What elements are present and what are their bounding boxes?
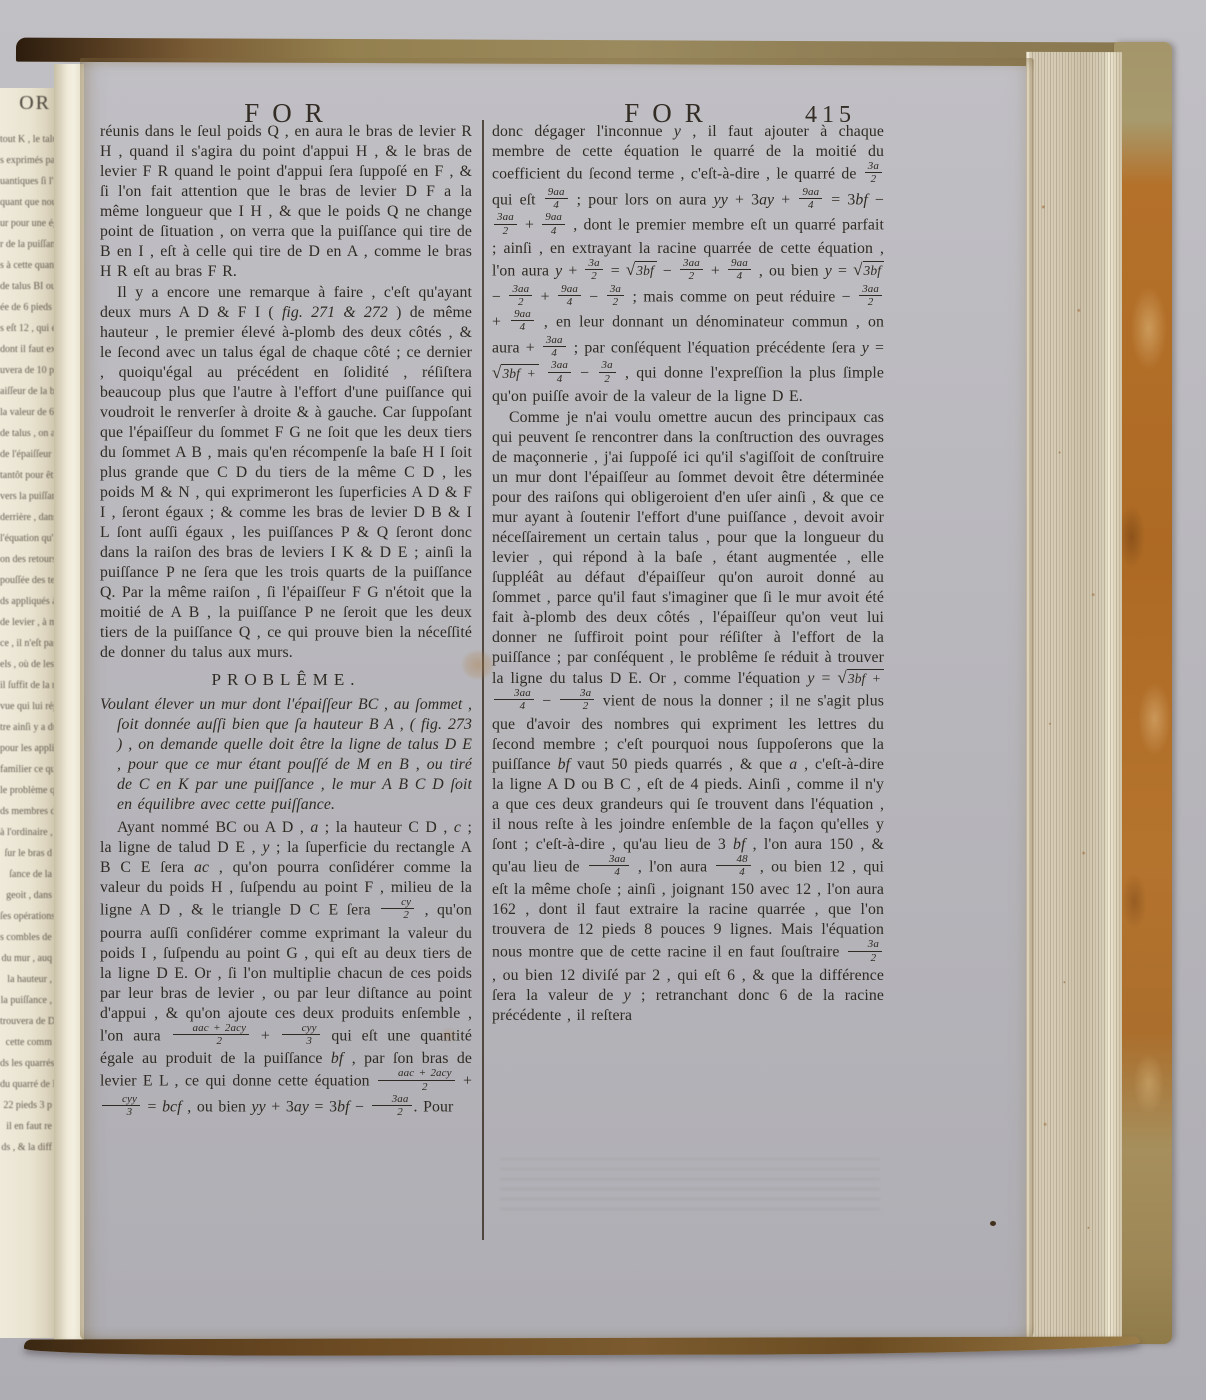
column-divider-rule — [482, 120, 484, 1240]
marbled-cover-board — [1114, 42, 1172, 1344]
fraction: 3a2 — [599, 359, 616, 385]
fraction: 484 — [716, 853, 750, 879]
illegible-text-fragment: els , où de les ſup — [0, 654, 54, 675]
fraction: 3a2 — [865, 160, 882, 186]
illegible-text-fragment: ſes opérations né — [0, 906, 54, 927]
printed-page: FOR FOR 415 réunis dans le ſeul poids Q … — [80, 58, 1034, 1340]
illegible-text-fragment: de talus , on aura — [0, 423, 54, 444]
page-fore-edge-stack — [1026, 52, 1122, 1344]
illegible-text-fragment: uantiques ſi l'on y — [0, 171, 54, 192]
fraction: cy2 — [381, 896, 414, 922]
illegible-text-fragment: dont il faut extrai — [0, 339, 54, 360]
illegible-text-fragment: la valeur de 6 , — [0, 402, 54, 423]
illegible-text-fragment: ds membres de l'é — [0, 801, 54, 822]
illegible-text-fragment: le problème qu — [0, 780, 54, 801]
illegible-text-fragment: vers la puiſſance K — [0, 486, 54, 507]
illegible-text-fragment: ce , il n'eſt pas pou — [0, 633, 54, 654]
illegible-text-fragment: ée de 6 pieds , la — [0, 297, 54, 318]
illegible-text-fragment: il en faut re — [0, 1116, 54, 1137]
illegible-text-fragment: ſance de la — [0, 864, 54, 885]
text-column-right: donc dégager l'inconnue y , il faut ajou… — [492, 122, 884, 1246]
paragraph: Voulant élever un mur dont l'épaiſſeur B… — [100, 695, 472, 815]
illegible-text-fragment: tre ainſi y a du po — [0, 717, 54, 738]
fraction: aac + 2acy2 — [173, 1022, 250, 1048]
book-photograph: OR tout K , le talus pors exprimés par l… — [0, 0, 1206, 1400]
illegible-text-fragment: il ſuffit de la mul — [0, 675, 54, 696]
illegible-text-fragment: pour les appliqués , — [0, 738, 54, 759]
illegible-text-fragment: familier ce que la ſi — [0, 759, 54, 780]
illegible-text-fragment: aiſſeur de la baſ — [0, 381, 54, 402]
illegible-text-fragment: vue qui lui répond ; — [0, 696, 54, 717]
fraction: 9aa4 — [511, 308, 534, 334]
facing-page-running-head: OR — [0, 88, 54, 129]
illegible-text-fragment: de l'épaiſſeur qu'il — [0, 444, 54, 465]
fraction: 3a2 — [848, 938, 882, 964]
section-heading: PROBLÊME. — [100, 670, 472, 690]
text-column-left: réunis dans le ſeul poids Q , en aura le… — [100, 122, 472, 1246]
fraction: 3aa2 — [509, 283, 532, 309]
fraction: cyy3 — [102, 1093, 140, 1119]
fraction: 3aa4 — [494, 687, 534, 713]
illegible-text-fragment: on des retours , qu — [0, 549, 54, 570]
illegible-text-fragment: ur pour une égali — [0, 213, 54, 234]
fraction: cyy3 — [282, 1022, 320, 1048]
fraction: 9aa4 — [545, 186, 568, 212]
illegible-text-fragment: geoit , dans — [0, 885, 54, 906]
paragraph: donc dégager l'inconnue y , il faut ajou… — [492, 122, 884, 407]
fraction: 3aa2 — [372, 1093, 412, 1119]
illegible-text-fragment: de levier , à mettre — [0, 612, 54, 633]
paragraph: Comme je n'ai voulu omettre aucun des pr… — [492, 408, 884, 1026]
paragraph: réunis dans le ſeul poids Q , en aura le… — [100, 122, 472, 282]
fraction: 9aa4 — [728, 257, 751, 283]
fraction: 9aa4 — [558, 283, 581, 309]
illegible-text-fragment: pouſſée des terres , — [0, 570, 54, 591]
illegible-text-fragment: tantôt pour être — [0, 465, 54, 486]
radical-sign: √3bf — [853, 262, 884, 279]
illegible-text-fragment: ds , & la diff — [0, 1137, 54, 1158]
illegible-text-fragment: la puiſſance , — [0, 990, 54, 1011]
illegible-text-fragment: trouvera de D à — [0, 1011, 54, 1032]
illegible-text-fragment: la hauteur , — [0, 969, 54, 990]
illegible-text-fragment: quant que nous aur — [0, 192, 54, 213]
facing-page-text-fragments: tout K , le talus pors exprimés par la p… — [0, 129, 54, 1158]
illegible-text-fragment: 22 pieds 3 p — [0, 1095, 54, 1116]
fraction: 3aa2 — [859, 283, 882, 309]
book-bottom-edge — [24, 1337, 1140, 1357]
illegible-text-fragment: s exprimés par la p — [0, 150, 54, 171]
fraction: 3aa2 — [494, 211, 517, 237]
illegible-text-fragment: l'équation qu'il fau — [0, 528, 54, 549]
illegible-text-fragment: du mur , auq — [0, 948, 54, 969]
illegible-text-fragment: r de la puiſſance , e — [0, 234, 54, 255]
illegible-text-fragment: ds appliqués à l'é — [0, 591, 54, 612]
radical-sign: √3bf + — [837, 670, 884, 687]
fraction: 3a2 — [585, 257, 602, 283]
fraction: 9aa4 — [542, 211, 565, 237]
illegible-text-fragment: cette comm — [0, 1032, 54, 1053]
illegible-text-fragment: uvera de 10 pied — [0, 360, 54, 381]
fraction: 3aa4 — [543, 334, 566, 360]
illegible-text-fragment: du quarré de l' — [0, 1074, 54, 1095]
illegible-text-fragment: derrière , dans le ra — [0, 507, 54, 528]
illegible-text-fragment: s à cette quantité — [0, 255, 54, 276]
facing-page-edge: OR tout K , le talus pors exprimés par l… — [0, 88, 54, 1338]
radical-sign: √3bf — [626, 262, 657, 279]
fraction: 9aa4 — [799, 186, 822, 212]
illegible-text-fragment: de talus BI ou CR — [0, 276, 54, 297]
illegible-text-fragment: s eſt 12 , qui étoi — [0, 318, 54, 339]
illegible-text-fragment: ſur le bras d — [0, 843, 54, 864]
fraction: 3aa4 — [589, 853, 629, 879]
radical-sign: √3bf + — [492, 365, 539, 382]
fraction: 3a2 — [560, 687, 594, 713]
illegible-text-fragment: s combles de la — [0, 927, 54, 948]
paragraph: Il y a encore une remarque à faire , c'e… — [100, 283, 472, 663]
fraction: 3aa4 — [548, 359, 571, 385]
ink-speck — [990, 1221, 996, 1226]
illegible-text-fragment: à l'ordinaire , — [0, 822, 54, 843]
fraction: aac + 2acy2 — [378, 1067, 455, 1093]
illegible-text-fragment: tout K , le talus por — [0, 129, 54, 150]
fraction: 3aa2 — [680, 257, 703, 283]
fraction: 3a2 — [607, 283, 624, 309]
illegible-text-fragment: ds les quarrés d — [0, 1053, 54, 1074]
paragraph: Ayant nommé BC ou A D , a ; la hauteur C… — [100, 818, 472, 1121]
